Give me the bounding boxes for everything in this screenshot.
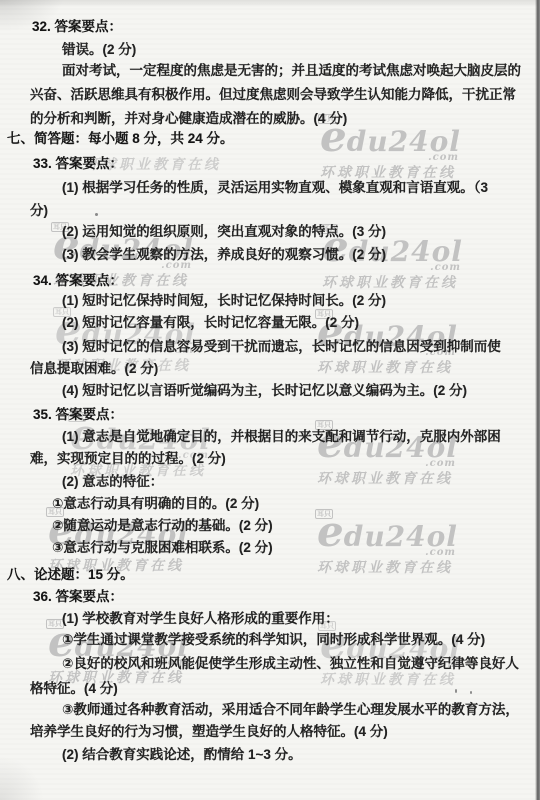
watermark-tagline: 环球职业教育在线 (317, 557, 458, 577)
answer-line: (2) 运用知觉的组织原则，突出直观对象的特点。(3 分) (62, 224, 386, 240)
answer-line: ①意志行动具有明确的目的。(2 分) (52, 496, 259, 512)
answer-line: 格特征。(4 分) (30, 681, 118, 697)
scan-speck (455, 689, 457, 693)
answer-line: 兴奋、活跃思维具有积极作用。但过度焦虑则会导致学生认知能力降低，干扰正常 (30, 87, 516, 103)
answer-line: 面对考试，一定程度的焦虑是无害的；并且适度的考试焦虑对唤起大脑皮层的 (62, 63, 521, 79)
scan-corner-smudge-bottomleft (0, 756, 44, 800)
answer-line: ③教师通过各种教育活动，采用适合不同年龄学生心理发展水平的教育方法， (62, 702, 519, 718)
scan-top-shadow (0, 0, 540, 7)
watermark: 耳只edu24ol.com 环球职业教育在线 (320, 120, 461, 182)
answer-line: (1) 根据学习任务的性质，灵活运用实物直观、模象直观和言语直观。（3 (62, 180, 488, 196)
watermark-tagline: 环球职业教育在线 (322, 272, 463, 292)
scan-speck (95, 213, 98, 216)
answer-line: 的分析和判断，并对身心健康造成潜在的威胁。(4 分) (30, 111, 347, 127)
answer-line: (3) 教会学生观察的方法，养成良好的观察习惯。(2 分) (62, 247, 386, 263)
watermark-tagline: 环球职业教育在线 (317, 468, 458, 488)
answer-line: (4) 短时记忆以言语听觉编码为主，长时记忆以意义编码为主。(2 分) (62, 383, 467, 399)
answer-line: (2) 短时记忆容量有限，长时记忆容量无限。(2 分) (62, 315, 359, 331)
answer-line: ②良好的校风和班风能促使学生形成主动性、独立性和自觉遵守纪律等良好人 (62, 656, 519, 672)
question-36-heading: 36. 答案要点： (33, 589, 123, 605)
logo-tld: .com (425, 459, 456, 469)
answer-line: 信息提取困难。(2 分) (30, 361, 158, 377)
answer-line: (2) 结合教育实践论述，酌情给 1~3 分。 (62, 747, 302, 763)
watermark-tagline: 环球职业教育在线 (320, 162, 461, 182)
answer-line: (3) 短时记忆的信息容易受到干扰而遗忘，长时记忆的信息因受到抑制而使 (62, 339, 501, 355)
scan-speck (470, 691, 472, 694)
question-32-heading: 32. 答案要点： (32, 19, 122, 35)
section-7-title: 七、简答题：每小题 8 分，共 24 分。 (7, 131, 234, 147)
answer-line: ②随意运动是意志行动的基础。(2 分) (52, 518, 273, 534)
answer-line: ①学生通过课堂教学接受系统的科学知识，同时形成科学世界观。(4 分) (62, 632, 485, 648)
watermark: 耳只edu24ol.com 环球职业教育在线 (70, 418, 211, 480)
answer-line: 错误。(2 分) (62, 42, 136, 58)
section-8-title: 八、论述题：15 分。 (7, 567, 134, 583)
answer-line: (2) 意志的特征： (62, 474, 163, 490)
edu24ol-logo-icon: 耳只edu24ol.com (317, 515, 458, 551)
logo-badge: 耳只 (315, 509, 333, 519)
answer-line: 培养学生良好的行为习惯，塑造学生良好的人格特征。(4 分) (30, 724, 388, 740)
answer-line: 难，实现预定目的的过程。(2 分) (30, 451, 226, 467)
scanned-document-page: 环球职业教育在线 耳只edu24ol.com 环球职业教育在线 耳只edu24o… (0, 0, 540, 800)
logo-tld: .com (425, 548, 456, 558)
question-33-heading: 33. 答案要点： (33, 156, 123, 172)
logo-tld: .com (428, 153, 459, 163)
answer-line: ③意志行动与克服困难相联系。(2 分) (52, 540, 273, 556)
watermark-tagline: 环球职业教育在线 (320, 669, 461, 689)
answer-line: (1) 学校教育对学生良好人格形成的重要作用： (62, 611, 339, 627)
scan-right-edge-line (535, 0, 540, 800)
watermark: 耳只edu24ol.com 环球职业教育在线 (317, 515, 458, 577)
question-34-heading: 34. 答案要点： (33, 273, 123, 289)
logo-tld: .com (430, 263, 461, 273)
watermark-tagline: 环球职业教育在线 (317, 357, 458, 377)
answer-line: (1) 意志是自觉地确定目的，并根据目的来支配和调节行动，克服内外部困 (62, 429, 501, 445)
answer-line: (1) 短时记忆保持时间短，长时记忆保持时间长。(2 分) (62, 293, 386, 309)
answer-line: 分) (30, 203, 48, 219)
question-35-heading: 35. 答案要点： (33, 407, 123, 423)
